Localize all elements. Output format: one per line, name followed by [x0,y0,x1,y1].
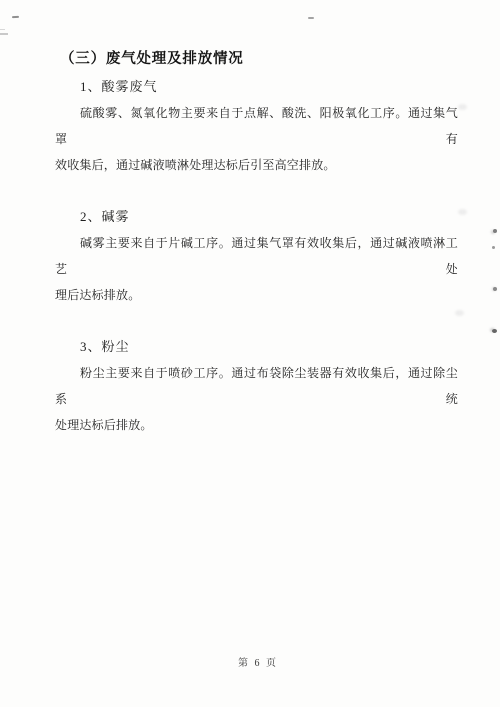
scan-mark-top-left [12,16,19,18]
paragraph-line: 效收集后，通过碱液喷淋处理达标后引至高空排放。 [55,152,458,178]
paragraph-line: 碱雾主要来自于片碱工序。通过集气罩有效收集后，通过碱液喷淋工艺处 [55,230,458,282]
paragraph-line: 理后达标排放。 [55,282,458,308]
scan-speck [493,287,497,291]
subsection-3-title: 3、粉尘 [80,334,458,360]
scan-mark-left-edge [0,33,8,35]
scan-mark-top-center [308,17,314,19]
paragraph-line: 处理达标后排放。 [55,412,458,438]
subsection-1-title: 1、酸雾废气 [80,74,458,100]
page-content: （三）废气处理及排放情况 1、酸雾废气 硫酸雾、氮氧化物主要来自于点解、酸洗、阳… [55,48,458,438]
subsection-2-title: 2、碱雾 [80,204,458,230]
scan-speck [493,229,497,233]
subsection-1-paragraph: 硫酸雾、氮氧化物主要来自于点解、酸洗、阳极氧化工序。通过集气罩有 效收集后，通过… [55,100,458,178]
scan-speck [492,329,497,333]
document-heading: （三）废气处理及排放情况 [60,48,458,70]
scan-mark-left-edge [0,29,5,30]
page-number: 第 6 页 [0,654,500,669]
scanned-document-page: （三）废气处理及排放情况 1、酸雾废气 硫酸雾、氮氧化物主要来自于点解、酸洗、阳… [0,0,500,707]
subsection-2-paragraph: 碱雾主要来自于片碱工序。通过集气罩有效收集后，通过碱液喷淋工艺处 理后达标排放。 [55,230,458,308]
subsection-3-paragraph: 粉尘主要来自于喷砂工序。通过布袋除尘装器有效收集后，通过除尘系统 处理达标后排放… [55,360,458,438]
scan-smudge [458,104,467,110]
scan-speck [492,246,495,249]
scan-smudge [458,209,467,215]
paragraph-line: 硫酸雾、氮氧化物主要来自于点解、酸洗、阳极氧化工序。通过集气罩有 [55,100,458,152]
paragraph-line: 粉尘主要来自于喷砂工序。通过布袋除尘装器有效收集后，通过除尘系统 [55,360,458,412]
